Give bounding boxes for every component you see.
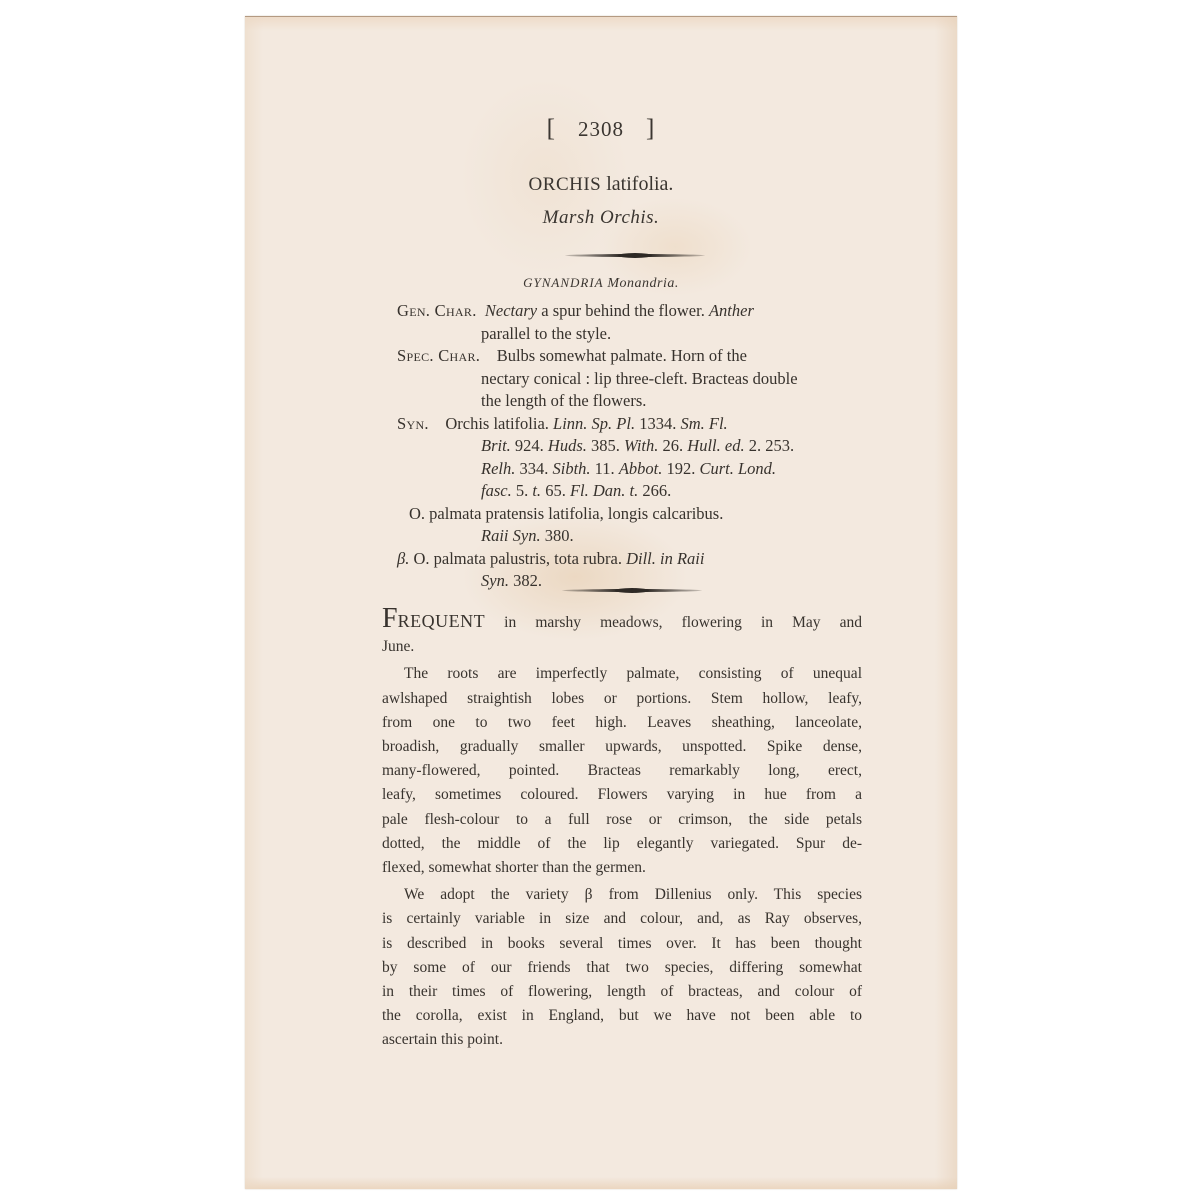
description-body: FREQUENT in marshy meadows, flowering in… — [382, 609, 862, 1053]
syn-ref: Dill. in Raii — [626, 549, 704, 568]
drop-cap: F — [382, 603, 398, 634]
syn-text: 11. — [591, 459, 619, 478]
paragraph-text: pale flesh-colour to a full rose or crim… — [382, 808, 862, 832]
gen-char-text: Anther — [709, 301, 754, 320]
syn-ref: Fl. Dan. t. — [570, 481, 638, 500]
syn-text: 65. — [541, 481, 570, 500]
syn-text: 5. — [512, 481, 533, 500]
syn-ref: fasc. — [481, 481, 512, 500]
syn-ref: With. — [624, 436, 658, 455]
paragraph-text: dotted, the middle of the lip elegantly … — [382, 832, 862, 856]
syn-text: 192. — [662, 459, 699, 478]
page-number: [2308] — [245, 115, 957, 143]
spec-char-text: the length of the flowers. — [439, 390, 867, 413]
paragraph-text: June. — [382, 635, 862, 659]
ornamental-rule-bottom — [562, 589, 702, 592]
syn-alt-text: O. palmata pratensis latifolia, longis c… — [439, 503, 867, 526]
spec-char-label: Spec. Char. — [397, 346, 480, 365]
syn-text: 334. — [515, 459, 552, 478]
lead-word: REQUENT — [398, 611, 486, 631]
paragraph-text: by some of our friends that two species,… — [382, 956, 862, 980]
common-name: Marsh Orchis. — [245, 207, 957, 229]
classification-class: GYNANDRIA — [523, 275, 604, 290]
syn-text: 26. — [658, 436, 687, 455]
syn-ref: Sm. Fl. — [680, 414, 727, 433]
syn-ref: t. — [532, 481, 541, 500]
paragraph-text: many-flowered, pointed. Bracteas remarka… — [382, 759, 862, 783]
syn-ref: Linn. Sp. Pl. — [553, 414, 635, 433]
paragraph-text: ascertain this point. — [382, 1028, 862, 1052]
generic-character: Gen. Char. Nectary a spur behind the flo… — [397, 300, 867, 345]
paragraph-description: The roots are imperfectly palmate, consi… — [382, 662, 862, 880]
paragraph-text: broadish, gradually smaller upwards, uns… — [382, 735, 862, 759]
synonym-alternate: O. palmata pratensis latifolia, longis c… — [397, 503, 867, 548]
syn-text: O. palmata palustris, tota rubra. — [409, 549, 626, 568]
syn-text: 380. — [541, 526, 574, 545]
species-name: latifolia. — [606, 173, 673, 195]
syn-ref: Relh. — [481, 459, 515, 478]
syn-ref: Sibth. — [553, 459, 591, 478]
paragraph-text: is certainly variable in size and colour… — [382, 907, 862, 931]
book-page: [2308] ORCHIS latifolia. Marsh Orchis. G… — [245, 16, 957, 1189]
gen-char-label: Gen. Char. — [397, 301, 477, 320]
page-number-value: 2308 — [578, 117, 624, 141]
syn-text: 266. — [638, 481, 671, 500]
genus-name: ORCHIS — [529, 174, 602, 195]
gen-char-text: Nectary — [485, 301, 537, 320]
syn-ref: Raii Syn. — [481, 526, 541, 545]
paragraph-habitat: FREQUENT in marshy meadows, flowering in… — [382, 609, 862, 659]
syn-text: 1334. — [635, 414, 680, 433]
syn-text: 924. — [511, 436, 548, 455]
classification-order: Monandria. — [607, 276, 679, 291]
specific-character: Spec. Char. Bulbs somewhat palmate. Horn… — [397, 345, 867, 413]
syn-ref: Syn. — [481, 571, 509, 590]
bracket-open: [ — [547, 115, 556, 142]
classification: GYNANDRIA Monandria. — [245, 275, 957, 292]
syn-ref: Huds. — [548, 436, 587, 455]
species-title: ORCHIS latifolia. — [245, 173, 957, 196]
spec-char-text: Bulbs somewhat palmate. Horn of the — [497, 346, 747, 365]
syn-text: 2. 253. — [745, 436, 795, 455]
spec-char-text: nectary conical : lip three-cleft. Bract… — [439, 368, 867, 391]
syn-ref: Curt. Lond. — [699, 459, 776, 478]
gen-char-text: parallel to the style. — [439, 323, 867, 346]
gen-char-text: a spur behind the flower. — [537, 301, 709, 320]
syn-text: Orchis latifolia. — [445, 414, 553, 433]
syn-ref: Abbot. — [619, 459, 663, 478]
paragraph-remarks: We adopt the variety β from Dillenius on… — [382, 883, 862, 1052]
syn-label: Syn. — [397, 414, 429, 433]
paragraph-text: The roots are imperfectly palmate, consi… — [382, 662, 862, 686]
ornamental-rule-top — [565, 254, 705, 257]
paragraph-text: from one to two feet high. Leaves sheath… — [382, 711, 862, 735]
synonyms: Syn. Orchis latifolia. Linn. Sp. Pl. 133… — [397, 413, 867, 503]
paragraph-text: flexed, somewhat shorter than the germen… — [382, 856, 862, 880]
paragraph-text: in their times of flowering, length of b… — [382, 980, 862, 1004]
synonym-beta-variety: β. O. palmata palustris, tota rubra. Dil… — [397, 548, 867, 593]
syn-text: 382. — [509, 571, 542, 590]
syn-ref: Brit. — [481, 436, 511, 455]
beta-marker: β. — [397, 549, 409, 568]
paragraph-text: leafy, sometimes coloured. Flowers varyi… — [382, 783, 862, 807]
paragraph-text: awlshaped straightish lobes or portions.… — [382, 687, 862, 711]
paragraph-text: is described in books several times over… — [382, 932, 862, 956]
botanical-entries: Gen. Char. Nectary a spur behind the flo… — [397, 300, 867, 593]
paragraph-text: We adopt the variety β from Dillenius on… — [382, 883, 862, 907]
syn-ref: Hull. ed. — [687, 436, 744, 455]
bracket-close: ] — [646, 115, 655, 142]
paragraph-text: in marshy meadows, flowering in May and — [485, 614, 862, 631]
syn-text: 385. — [587, 436, 624, 455]
paragraph-text: the corolla, exist in England, but we ha… — [382, 1004, 862, 1028]
